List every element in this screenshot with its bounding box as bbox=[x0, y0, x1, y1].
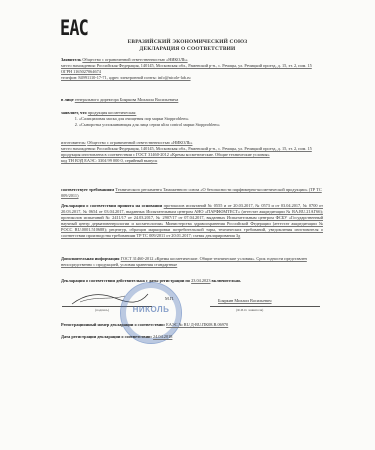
represented-by-value: генерального директора Бояркова Михаила … bbox=[75, 97, 179, 102]
signer-name: Бояркин Михаил Васильевич bbox=[218, 298, 272, 303]
registration-date-value: 24.04.2018 bbox=[153, 334, 172, 339]
validity-date: 23.04.2023 bbox=[191, 278, 210, 283]
applicant-address: место нахождения: Российская Федерация, … bbox=[61, 63, 312, 68]
declares-section: заявляет, что продукция косметическая: «… bbox=[61, 110, 323, 128]
declaration-document: EAC ЕВРАЗИЙСКИЙ ЭКОНОМИЧЕСКИЙ СОЮЗ ДЕКЛА… bbox=[0, 0, 375, 450]
eac-logo: EAC bbox=[60, 16, 88, 40]
signature-label: (подпись) bbox=[95, 308, 109, 312]
validity-suffix: включительно. bbox=[212, 278, 242, 283]
declares-label: заявляет, что bbox=[61, 110, 87, 115]
additional-info-section: Дополнительная информация ГОСТ 31460-201… bbox=[61, 256, 323, 268]
union-title: ЕВРАЗИЙСКИЙ ЭКОНОМИЧЕСКИЙ СОЮЗ bbox=[0, 39, 375, 45]
registration-date-label: Дата регистрации декларации о соответств… bbox=[61, 334, 152, 339]
registration-number-label: Регистрационный номер декларации о соотв… bbox=[61, 322, 165, 327]
registration-number-value: ЕАЭС № RU Д-RU.ПК08.В.06970 bbox=[166, 322, 228, 327]
stamp-text: НИКОЛЬ bbox=[121, 305, 181, 314]
additional-info-label: Дополнительная информация bbox=[61, 256, 119, 261]
declares-value: продукция косметическая: bbox=[88, 110, 137, 115]
registration-number-section: Регистрационный номер декларации о соотв… bbox=[61, 322, 323, 328]
represented-by-section: в лице генерального директора Бояркова М… bbox=[61, 97, 323, 103]
conformity-label: соответствует требованиям bbox=[61, 187, 114, 192]
signer-line bbox=[210, 306, 320, 307]
applicant-section: Заявитель Общество с ограниченной ответс… bbox=[61, 57, 323, 81]
registration-date-section: Дата регистрации декларации о соответств… bbox=[61, 334, 323, 340]
manufacturer-name: Общество с ограниченной ответственностью… bbox=[87, 140, 192, 145]
stamp-label: М.П. bbox=[165, 296, 174, 301]
validity-section: Декларация о соответствии действительна … bbox=[61, 278, 323, 284]
applicant-name: Общество с ограниченной ответственностью… bbox=[82, 57, 187, 62]
represented-by-label: в лице bbox=[61, 97, 74, 102]
manufacturer-standard: продукция изготовлена в соответствии с Г… bbox=[61, 152, 270, 157]
applicant-ogrn: ОГРН 1165027064674 bbox=[61, 69, 101, 74]
declaration-title: ДЕКЛАРАЦИЯ О СООТВЕТСТВИИ bbox=[0, 46, 375, 52]
basis-section: Декларация о соответствии принята на осн… bbox=[61, 203, 323, 240]
product-list: «Салициловая маска для очищения пор марк… bbox=[61, 116, 323, 128]
basis-value: протоколов испытаний № 0555 и от 20.03.2… bbox=[61, 203, 323, 238]
validity-label: Декларация о соответствии действительна … bbox=[61, 278, 190, 283]
product-item: «Сыворотка успокаивающая для лица серии … bbox=[79, 122, 323, 128]
applicant-contacts: телефон: 84991110-17-71, адрес электронн… bbox=[61, 75, 191, 80]
manufacturer-label: изготовитель: bbox=[61, 140, 86, 145]
manufacturer-section: изготовитель: Общество с ограниченной от… bbox=[61, 140, 323, 164]
conformity-section: соответствует требованиям Технического р… bbox=[61, 187, 323, 199]
signer-label: (Ф.И.О. заявителя) bbox=[236, 308, 263, 312]
basis-label: Декларация о соответствии принята на осн… bbox=[61, 203, 162, 208]
manufacturer-address: место нахождения: Российская Федерация, … bbox=[61, 146, 312, 151]
manufacturer-code: код ТН ВЭД ЕАЭС: 3304 99 000 0, серийный… bbox=[61, 158, 157, 163]
applicant-label: Заявитель bbox=[61, 57, 81, 62]
